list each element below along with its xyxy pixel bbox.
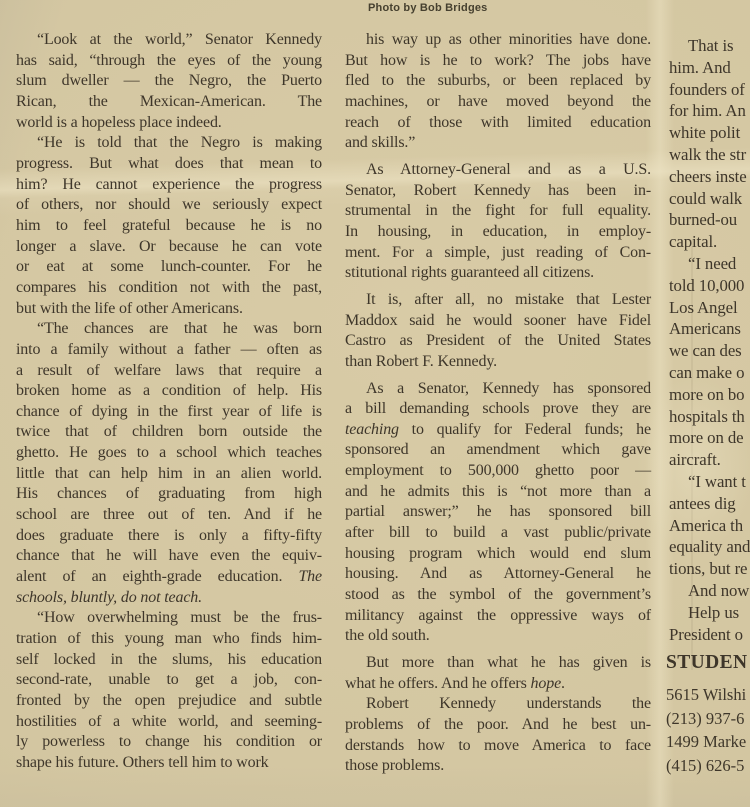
text-line: Americans [669,318,750,340]
text-line: housing. And as Attorney-General he [345,564,651,585]
article-column-middle: his way up as other minorities have done… [345,30,651,777]
text-line: him? He cannot experience the progress [16,175,322,196]
text-line: Help us [669,602,750,624]
text-line: walk the str [669,144,750,166]
text-line: And now [669,580,750,602]
text-line: strumental in the fight for full equalit… [345,201,651,222]
text-line: does graduate there is only a fifty-fift… [16,526,322,547]
text-line: sponsored an amendment which gave [345,440,651,461]
text-line: longer a slave. Or because he can vote [16,237,322,258]
text-line: more on bo [669,384,750,406]
text-line: little that can help him in an alien wor… [16,464,322,485]
article-column-left: “Look at the world,” Senator Kennedyhas … [16,30,322,774]
text-line: ly powerless to change his condition or [16,732,322,753]
text-line: But more than what he has given is [345,653,651,674]
text-line: slum dweller — the Negro, the Puerto [16,71,322,92]
text-line: school are three out of ten. And if he [16,505,322,526]
text-line: aircraft. [669,449,750,471]
photo-caption: Photo by Bob Bridges [368,2,488,14]
text-line: compares his condition not with the past… [16,278,322,299]
text-line: chance of dying in the first year of lif… [16,402,322,423]
text-line: alent of an eighth-grade education. The [16,567,322,588]
text-line: after bill to build a vast public/privat… [345,523,651,544]
contact-line: 1499 Marke [666,730,748,754]
text-line: can make o [669,362,750,384]
text-line: could walk [669,188,750,210]
paragraph: “I needtold 10,000Los AngelAmericanswe c… [669,253,750,471]
text-line: more on de [669,427,750,449]
text-line: him to feel grateful because he is no [16,216,322,237]
text-line: “Look at the world,” Senator Kennedy [16,30,322,51]
text-line: has said, “through the eyes of the young [16,51,322,72]
paragraph: It is, after all, no mistake that Lester… [345,290,651,373]
text-line: problems of the poor. And he best un- [345,715,651,736]
text-line: second-rate, unable to get a job, con- [16,670,322,691]
organization-name: STUDEN [666,652,748,674]
text-line: ment. For a simple, just reading of Con- [345,243,651,264]
text-line: cheers inste [669,166,750,188]
text-line: tions, but re [669,558,750,580]
text-line: As Attorney-General and as a U.S. [345,160,651,181]
paragraph: Robert Kennedy understands theproblems o… [345,694,651,777]
text-line: we can des [669,340,750,362]
text-line: hospitals th [669,406,750,428]
text-line: world is a hopeless place indeed. [16,113,322,134]
text-line: white polit [669,122,750,144]
text-line: shape his future. Others tell him to wor… [16,753,322,774]
text-line: a bill demanding schools prove they are [345,399,651,420]
article-column-right-clipped: That ishim. Andfounders offor him. Anwhi… [669,35,750,645]
text-line: “The chances are that he was born [16,319,322,340]
text-line: housing program which would end slum [345,544,651,565]
text-line: employment to 500,000 ghetto poor — [345,461,651,482]
contact-lines: 5615 Wilshi(213) 937-61499 Marke(415) 62… [666,683,748,777]
text-line: Rican, the Mexican-American. The [16,92,322,113]
text-line: His chances of graduating from high [16,484,322,505]
newsprint-page: Photo by Bob Bridges “Look at the world,… [0,0,750,807]
text-line: antees dig [669,493,750,515]
text-line: “I want t [669,471,750,493]
text-line: than Robert F. Kennedy. [345,352,651,373]
text-line: ghetto. He goes to a school which teache… [16,443,322,464]
text-line: machines, or have moved beyond the [345,92,651,113]
text-line: It is, after all, no mistake that Lester [345,290,651,311]
paragraph: As Attorney-General and as a U.S.Senator… [345,160,651,284]
text-line: militancy against the oppressive ways of [345,606,651,627]
paragraph: Help usPresident o [669,602,750,646]
text-line: fled to the suburbs, or been replaced by [345,71,651,92]
text-line: “I need [669,253,750,275]
contact-line: (415) 626-5 [666,754,748,778]
text-line: President o [669,624,750,646]
paragraph: That ishim. Andfounders offor him. Anwhi… [669,35,750,253]
text-line: tration of this young man who finds him- [16,629,322,650]
text-line: reach of those with limited education [345,113,651,134]
text-line: twice that of children born outside the [16,422,322,443]
text-line: fronted by the open prejudice and subtle [16,691,322,712]
text-line: That is [669,35,750,57]
text-line: told 10,000 [669,275,750,297]
text-line: “How overwhelming must be the frus- [16,608,322,629]
contact-line: (213) 937-6 [666,707,748,731]
text-line: Robert Kennedy understands the [345,694,651,715]
text-line: Maddox said he would sooner have Fidel [345,311,651,332]
text-line: and he admits this is “not more than a [345,482,651,503]
paragraph: “The chances are that he was borninto a … [16,319,322,608]
paragraph: And now [669,580,750,602]
text-line: or eat at some lunch-counter. For he [16,257,322,278]
text-line: what he offers. And he offers hope. [345,674,651,695]
text-line: As a Senator, Kennedy has sponsored [345,379,651,400]
text-line: teaching to qualify for Federal funds; h… [345,420,651,441]
text-line: Castro as President of the United States [345,331,651,352]
text-line: But how is he to work? The jobs have [345,51,651,72]
text-line: equality and [669,536,750,558]
text-line: founders of [669,79,750,101]
text-line: into a family without a father — often a… [16,340,322,361]
text-line: for him. An [669,100,750,122]
text-line: of others, nor should we seriously expec… [16,195,322,216]
text-line: Los Angel [669,297,750,319]
paragraph: his way up as other minorities have done… [345,30,651,154]
text-line: In housing, in education, in employ- [345,222,651,243]
text-line: chance that he will have even the equiv- [16,546,322,567]
text-line: but with the life of other Americans. [16,299,322,320]
contact-block: STUDEN 5615 Wilshi(213) 937-61499 Marke(… [666,652,748,777]
text-line: derstands how to move America to face [345,736,651,757]
paragraph: “He is told that the Negro is makingprog… [16,133,322,319]
text-line: and skills.” [345,133,651,154]
paragraph: “I want tantees digAmerica thequality an… [669,471,750,580]
text-line: stitutional rights guaranteed all citize… [345,263,651,284]
text-line: broken home as a condition of help. His [16,381,322,402]
text-line: the old south. [345,626,651,647]
text-line: self locked in the slums, his education [16,650,322,671]
text-line: stood as the symbol of the government’s [345,585,651,606]
text-line: him. And [669,57,750,79]
text-line: schools, bluntly, do not teach. [16,588,322,609]
text-line: burned-ou [669,209,750,231]
paragraph: “How overwhelming must be the frus-trati… [16,608,322,773]
paragraph: As a Senator, Kennedy has sponsoreda bil… [345,379,651,648]
text-line: those problems. [345,756,651,777]
text-line: “He is told that the Negro is making [16,133,322,154]
text-line: progress. But what does that mean to [16,154,322,175]
contact-line: 5615 Wilshi [666,683,748,707]
text-line: his way up as other minorities have done… [345,30,651,51]
text-line: America th [669,515,750,537]
text-line: a result of welfare laws that require a [16,361,322,382]
text-line: capital. [669,231,750,253]
text-line: Senator, Robert Kennedy has been in- [345,181,651,202]
text-line: partial answer;” he has sponsored bill [345,502,651,523]
text-line: hostilities of a white world, and seemin… [16,712,322,733]
paragraph: But more than what he has given iswhat h… [345,653,651,694]
paragraph: “Look at the world,” Senator Kennedyhas … [16,30,322,133]
